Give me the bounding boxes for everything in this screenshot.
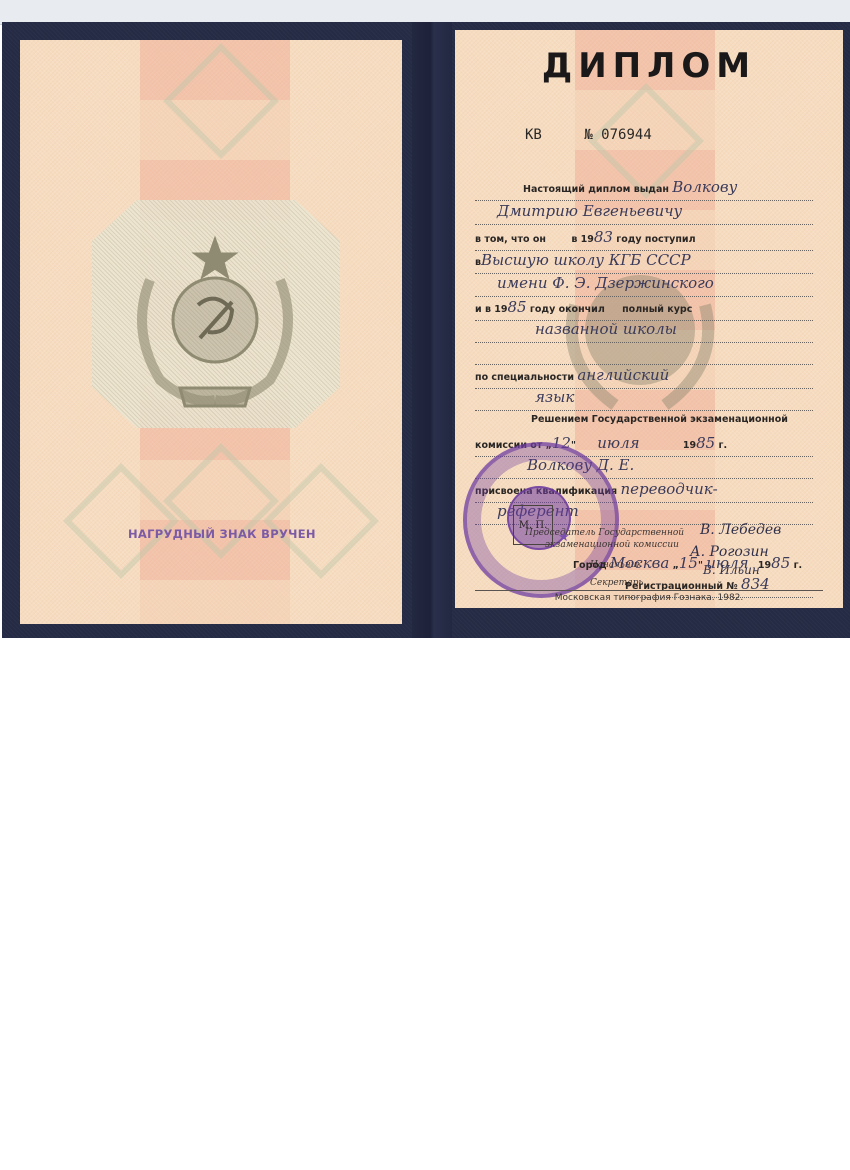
- given-names-line: Дмитрию Евгеньевичу: [475, 202, 813, 225]
- entered-mid: в 19: [571, 234, 594, 245]
- badge-awarded-stamp: НАГРУДНЫЙ ЗНАК ВРУЧЕН: [128, 527, 316, 541]
- document-title: ДИПЛОМ: [455, 46, 843, 86]
- ussr-coat-of-arms-icon: [120, 210, 310, 420]
- issued-line: Настоящий диплом выдан Волкову: [475, 178, 813, 201]
- issue-year: 85: [771, 554, 790, 572]
- course-line: названной школы: [475, 320, 813, 343]
- decision-year-prefix: 19: [683, 440, 696, 451]
- graduated-year: 85: [508, 298, 527, 316]
- course-label: полный курс: [622, 304, 692, 315]
- surname: Волкову: [672, 178, 737, 196]
- series: КВ: [525, 127, 542, 143]
- specialty-line: по специальности английский: [475, 366, 813, 389]
- blank-line: [475, 342, 813, 365]
- chairman-signature: В. Лебедев: [700, 522, 781, 538]
- institution-name-1: Высшую школу КГБ СССР: [481, 251, 691, 269]
- course-value: названной школы: [535, 320, 677, 338]
- diploma-number: 076944: [601, 127, 652, 143]
- number-sign: №: [584, 127, 592, 143]
- graduated-prefix: и в 19: [475, 304, 508, 315]
- institution-line-1: вВысшую школу КГБ СССР: [475, 251, 813, 274]
- entered-suffix: году поступил: [616, 234, 695, 245]
- decision-label-line: Решением Государственной экзаменационной: [475, 414, 813, 436]
- issue-year-suffix: г.: [794, 560, 803, 571]
- bottom-rule: [475, 590, 823, 591]
- issue-month: июля: [706, 554, 748, 572]
- seal-place-box: М. П.: [513, 505, 553, 545]
- left-page: НАГРУДНЫЙ ЗНАК ВРУЧЕН: [20, 40, 402, 624]
- decision-label: Решением Государственной экзаменационной: [531, 414, 788, 425]
- printer-imprint: Московская типография Гознака. 1982.: [455, 593, 843, 603]
- institution-name-2: имени Ф. Э. Дзержинского: [497, 274, 714, 292]
- issued-label: Настоящий диплом выдан: [523, 184, 669, 195]
- qualification-value-1: переводчик-: [620, 480, 717, 498]
- decision-year: 85: [696, 434, 715, 452]
- issue-year-prefix: 19: [758, 560, 771, 571]
- serial-number: КВ № 076944: [525, 127, 652, 143]
- diploma-spine: [412, 22, 452, 638]
- issue-day: 15: [679, 554, 698, 572]
- right-page: ДИПЛОМ КВ № 076944 Настоящий диплом выда…: [455, 30, 843, 608]
- city-value: Москва: [610, 554, 669, 572]
- specialty-line-2: язык: [475, 388, 813, 411]
- entered-year: 83: [594, 228, 613, 246]
- graduated-suffix: году окончил: [530, 304, 605, 315]
- institution-line-2: имени Ф. Э. Дзержинского: [475, 274, 813, 297]
- specialty-value-1: английский: [577, 366, 669, 384]
- city-label: Город: [573, 560, 607, 571]
- year-suffix: г.: [719, 440, 728, 451]
- entered-line: в том, что он в 1983 году поступил: [475, 228, 813, 251]
- specialty-value-2: язык: [535, 388, 574, 406]
- given-names: Дмитрию Евгеньевичу: [497, 202, 682, 220]
- entered-prefix: в том, что он: [475, 234, 546, 245]
- star-icon: ★: [558, 530, 570, 545]
- decision-month: июля: [597, 434, 639, 452]
- specialty-label: по специальности: [475, 372, 574, 383]
- graduated-line: и в 1985 году окончил полный курс: [475, 298, 813, 321]
- city-date-line: Город Москва „15" июля 1985 г.: [573, 554, 813, 576]
